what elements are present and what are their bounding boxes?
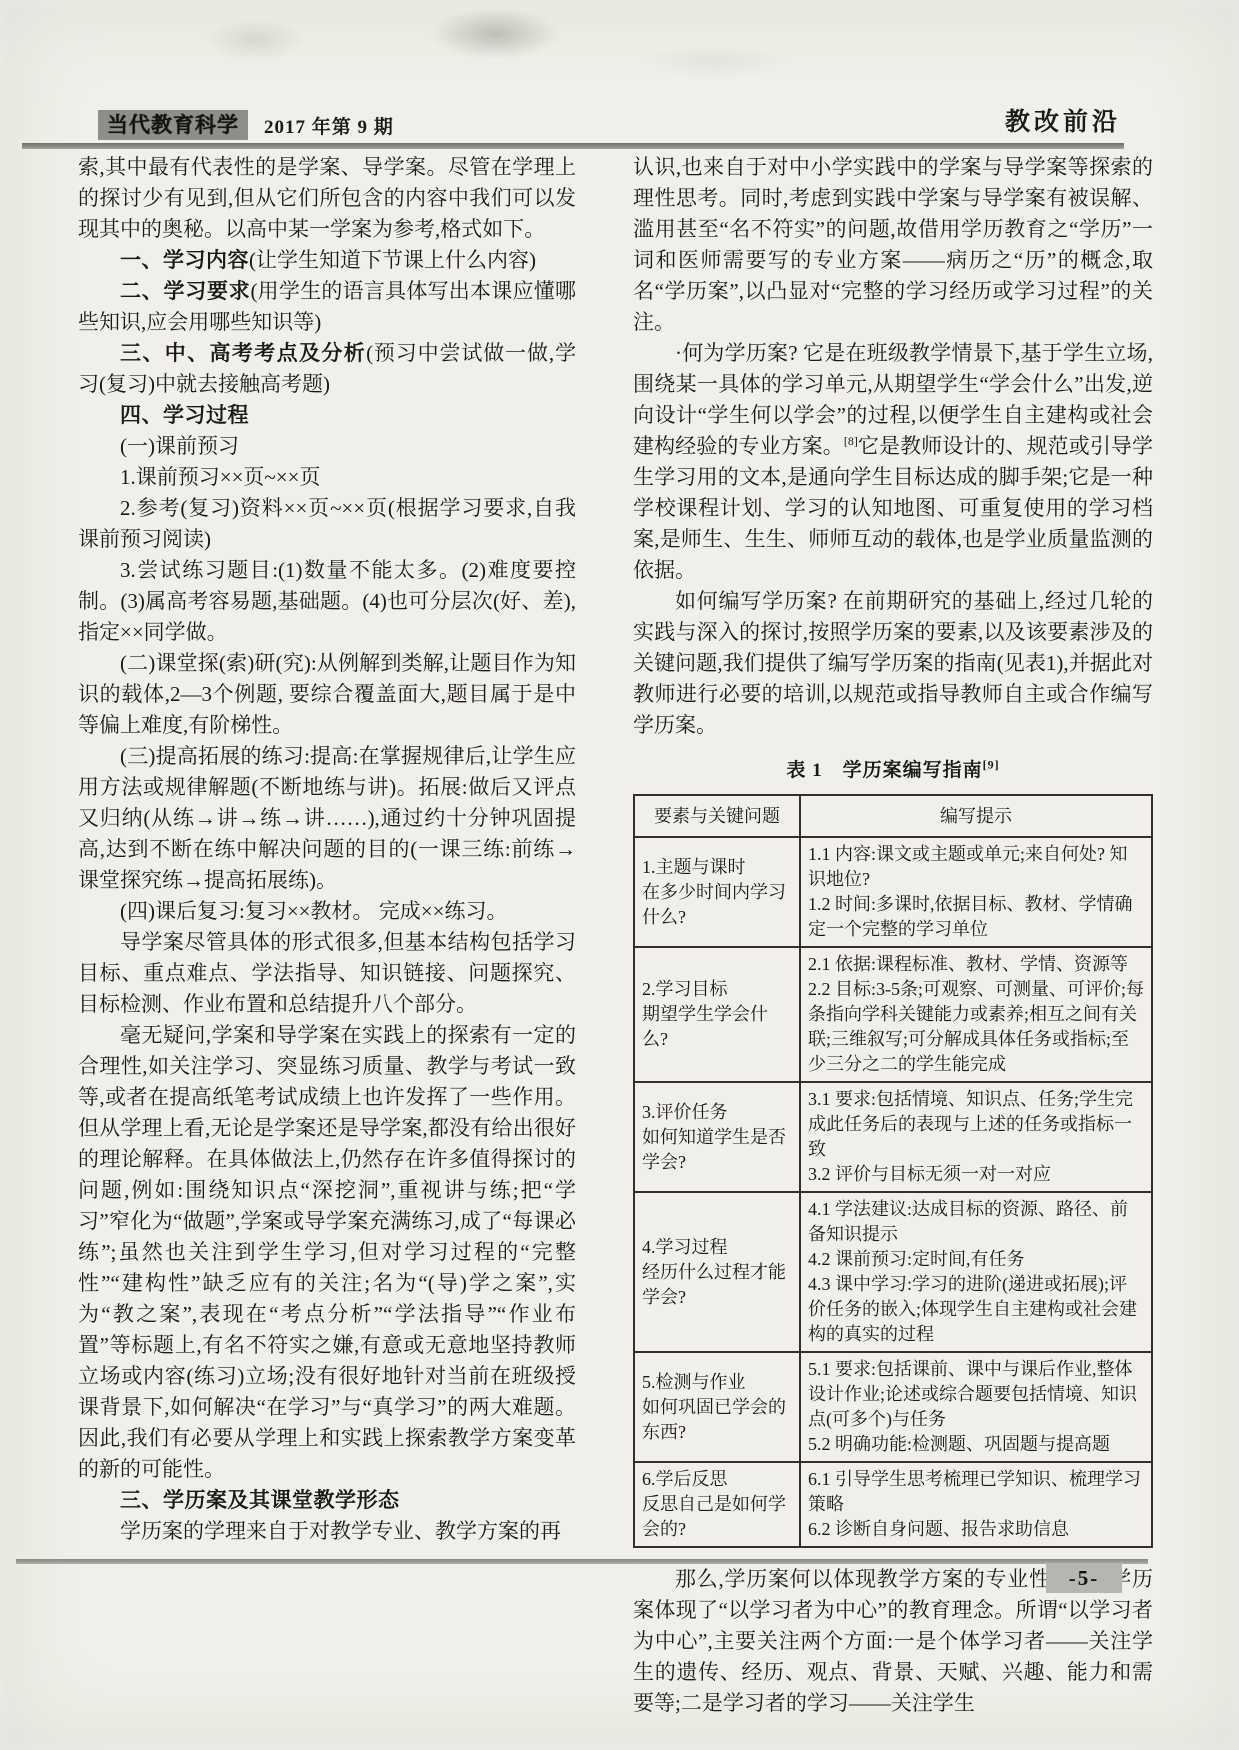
element-title: 2.学习目标 (642, 977, 792, 1002)
table-header-row: 要素与关键问题 编写提示 (634, 795, 1152, 837)
paragraph: 导学案尽管具体的形式很多,但基本结构包括学习目标、重点难点、学法指导、知识链接、… (78, 927, 576, 1020)
element-question: 在多少时间内学习什么? (642, 880, 792, 930)
heading-lead: 二、学习要求 (120, 279, 250, 303)
paragraph-text: (二)课堂探(索)研(究):从例解到类解,让题目作为知识的载体,2—3个例题, … (78, 651, 576, 737)
element-title: 1.主题与课时 (642, 855, 792, 880)
table-row: 5.检测与作业 如何巩固已学会的东西? 5.1 要求:包括课前、课中与课后作业,… (634, 1352, 1152, 1462)
paragraph: 2.参考(复习)资料××页~××页(根据学习要求,自我课前预习阅读) (78, 493, 576, 555)
table-header-hints: 编写提示 (800, 795, 1152, 837)
paragraph-text: 学历案的学理来自于对教学专业、教学方案的再 (120, 1519, 561, 1543)
issue-label: 2017 年第 9 期 (264, 112, 394, 139)
scan-smudge (430, 8, 560, 60)
paragraph: (四)课后复习:复习××教材。 完成××练习。 (78, 896, 576, 927)
section-title: 教改前沿 (1005, 102, 1121, 138)
paragraph-text: 如何编写学历案? 在前期研究的基础上,经过几轮的实践与深入的探讨,按照学历案的要… (633, 589, 1153, 737)
paragraph: ·何为学历案? 它是在班级教学情景下,基于学生立场,围绕某一具体的学习单元,从期… (633, 338, 1153, 586)
paragraph-text: 认识,也来自于对中小学实践中的学案与导学案等探索的理性思考。同时,考虑到实践中学… (633, 155, 1153, 334)
element-question: 如何巩固已学会的东西? (642, 1395, 792, 1445)
table-row: 2.学习目标 期望学生学会什么? 2.1 依据:课程标准、教材、学情、资源等 2… (634, 947, 1152, 1082)
element-question: 如何知道学生是否学会? (642, 1125, 792, 1175)
element-cell: 3.评价任务 如何知道学生是否学会? (634, 1082, 800, 1192)
citation-mark: [8] (844, 434, 858, 448)
hint-line: 5.1 要求:包括课前、课中与课后作业,整体设计作业;论述或综合题要包括情境、知… (808, 1357, 1144, 1432)
header-divider (22, 143, 1124, 149)
element-question: 期望学生学会什么? (642, 1002, 792, 1052)
table-caption-text: 表 1 学历案编写指南 (786, 760, 982, 781)
table-row: 6.学后反思 反思自己是如何学会的? 6.1 引导学生思考梳理已学知识、梳理学习… (634, 1462, 1152, 1547)
hints-cell: 4.1 学法建议:达成目标的资源、路径、前备知识提示 4.2 课前预习:定时间,… (800, 1192, 1152, 1352)
hints-cell: 2.1 依据:课程标准、教材、学情、资源等 2.2 目标:3-5条;可观察、可测… (800, 947, 1152, 1082)
paragraph: 三、中、高考考点及分析(预习中尝试做一做,学习(复习)中就去接触高考题) (78, 338, 576, 400)
hint-line: 5.2 明确功能:检测题、巩固题与提高题 (808, 1432, 1144, 1457)
element-cell: 2.学习目标 期望学生学会什么? (634, 947, 800, 1082)
guide-table: 要素与关键问题 编写提示 1.主题与课时 在多少时间内学习什么? 1.1 内容:… (633, 794, 1153, 1548)
table-row: 1.主题与课时 在多少时间内学习什么? 1.1 内容:课文或主题或单元;来自何处… (634, 837, 1152, 947)
table-caption: 表 1 学历案编写指南[9] (633, 755, 1153, 786)
hint-line: 6.2 诊断自身问题、报告求助信息 (808, 1517, 1144, 1542)
paragraph-text: (四)课后复习:复习××教材。 完成××练习。 (120, 899, 507, 923)
right-column: 认识,也来自于对中小学实践中的学案与导学案等探索的理性思考。同时,考虑到实践中学… (633, 152, 1153, 1719)
paragraph-text: (三)提高拓展的练习:提高:在掌握规律后,让学生应用方法或规律解题(不断地练与讲… (78, 744, 576, 892)
heading-lead: 四、学习过程 (120, 403, 249, 427)
element-title: 4.学习过程 (642, 1235, 792, 1260)
paragraph: 毫无疑问,学案和导学案在实践上的探索有一定的合理性,如关注学习、突显练习质量、教… (78, 1020, 576, 1485)
hint-line: 2.1 依据:课程标准、教材、学情、资源等 (808, 952, 1144, 977)
table-row: 4.学习过程 经历什么过程才能学会? 4.1 学法建议:达成目标的资源、路径、前… (634, 1192, 1152, 1352)
element-cell: 6.学后反思 反思自己是如何学会的? (634, 1462, 800, 1547)
paragraph-text: 2.参考(复习)资料××页~××页(根据学习要求,自我课前预习阅读) (78, 496, 576, 551)
paragraph: 3.尝试练习题目:(1)数量不能太多。(2)难度要控制。(3)属高考容易题,基础… (78, 555, 576, 648)
scan-smudge (205, 18, 305, 62)
paragraph-text: 3.尝试练习题目:(1)数量不能太多。(2)难度要控制。(3)属高考容易题,基础… (78, 558, 576, 644)
paragraph: 索,其中最有代表性的是学案、导学案。尽管在学理上的探讨少有见到,但从它们所包含的… (78, 152, 576, 245)
paragraph: 四、学习过程 (78, 400, 576, 431)
hint-line: 1.1 内容:课文或主题或单元;来自何处? 知识地位? (808, 842, 1144, 892)
paragraph-text: 毫无疑问,学案和导学案在实践上的探索有一定的合理性,如关注学习、突显练习质量、教… (78, 1023, 576, 1481)
heading-lead: 三、学历案及其课堂教学形态 (120, 1488, 400, 1512)
element-cell: 5.检测与作业 如何巩固已学会的东西? (634, 1352, 800, 1462)
paragraph-text: (让学生知道下节课上什么内容) (249, 248, 536, 272)
journal-logo: 当代教育科学 (98, 110, 248, 140)
paragraph: 一、学习内容(让学生知道下节课上什么内容) (78, 245, 576, 276)
paragraph-text: 导学案尽管具体的形式很多,但基本结构包括学习目标、重点难点、学法指导、知识链接、… (78, 930, 576, 1016)
hint-line: 4.1 学法建议:达成目标的资源、路径、前备知识提示 (808, 1197, 1144, 1247)
hint-line: 1.2 时间:多课时,依据目标、教材、学情确定一个完整的学习单位 (808, 892, 1144, 942)
element-cell: 1.主题与课时 在多少时间内学习什么? (634, 837, 800, 947)
paragraph: (三)提高拓展的练习:提高:在掌握规律后,让学生应用方法或规律解题(不断地练与讲… (78, 741, 576, 896)
paragraph: 1.课前预习××页~××页 (78, 462, 576, 493)
element-cell: 4.学习过程 经历什么过程才能学会? (634, 1192, 800, 1352)
paragraph: 学历案的学理来自于对教学专业、教学方案的再 (78, 1516, 576, 1547)
paragraph: (二)课堂探(索)研(究):从例解到类解,让题目作为知识的载体,2—3个例题, … (78, 648, 576, 741)
hints-cell: 3.1 要求:包括情境、知识点、任务;学生完成此任务后的表现与上述的任务或指标一… (800, 1082, 1152, 1192)
table-header-element: 要素与关键问题 (634, 795, 800, 837)
heading-lead: 三、中、高考考点及分析 (120, 341, 366, 365)
scan-smudge (640, 45, 790, 79)
paragraph: 如何编写学历案? 在前期研究的基础上,经过几轮的实践与深入的探讨,按照学历案的要… (633, 586, 1153, 741)
element-title: 3.评价任务 (642, 1100, 792, 1125)
hint-line: 4.3 课中学习:学习的进阶(递进或拓展);评价任务的嵌入;体现学生自主建构或社… (808, 1272, 1144, 1347)
left-column: 索,其中最有代表性的是学案、导学案。尽管在学理上的探讨少有见到,但从它们所包含的… (78, 152, 576, 1547)
paragraph: 二、学习要求(用学生的语言具体写出本课应懂哪些知识,应会用哪些知识等) (78, 276, 576, 338)
paragraph: 三、学历案及其课堂教学形态 (78, 1485, 576, 1516)
heading-lead: 一、学习内容 (120, 248, 249, 272)
hints-cell: 6.1 引导学生思考梳理已学知识、梳理学习策略 6.2 诊断自身问题、报告求助信… (800, 1462, 1152, 1547)
paragraph: 认识,也来自于对中小学实践中的学案与导学案等探索的理性思考。同时,考虑到实践中学… (633, 152, 1153, 338)
paragraph-text: 1.课前预习××页~××页 (120, 465, 320, 489)
citation-mark: [9] (983, 758, 1000, 772)
hint-line: 6.1 引导学生思考梳理已学知识、梳理学习策略 (808, 1467, 1144, 1517)
page-number: -5- (1046, 1563, 1122, 1593)
paragraph-text: 索,其中最有代表性的是学案、导学案。尽管在学理上的探讨少有见到,但从它们所包含的… (78, 155, 576, 241)
hint-line: 2.2 目标:3-5条;可观察、可测量、可评价;每条指向学科关键能力或素养;相互… (808, 977, 1144, 1077)
table-row: 3.评价任务 如何知道学生是否学会? 3.1 要求:包括情境、知识点、任务;学生… (634, 1082, 1152, 1192)
element-title: 6.学后反思 (642, 1467, 792, 1492)
element-title: 5.检测与作业 (642, 1370, 792, 1395)
hints-cell: 1.1 内容:课文或主题或单元;来自何处? 知识地位? 1.2 时间:多课时,依… (800, 837, 1152, 947)
hint-line: 4.2 课前预习:定时间,有任务 (808, 1247, 1144, 1272)
element-question: 经历什么过程才能学会? (642, 1260, 792, 1310)
hint-line: 3.2 评价与目标无须一对一对应 (808, 1162, 1144, 1187)
element-question: 反思自己是如何学会的? (642, 1492, 792, 1542)
paragraph-text: (一)课前预习 (120, 434, 239, 458)
hint-line: 3.1 要求:包括情境、知识点、任务;学生完成此任务后的表现与上述的任务或指标一… (808, 1087, 1144, 1162)
hints-cell: 5.1 要求:包括课前、课中与课后作业,整体设计作业;论述或综合题要包括情境、知… (800, 1352, 1152, 1462)
paragraph: (一)课前预习 (78, 431, 576, 462)
footer-divider (16, 1559, 1148, 1564)
